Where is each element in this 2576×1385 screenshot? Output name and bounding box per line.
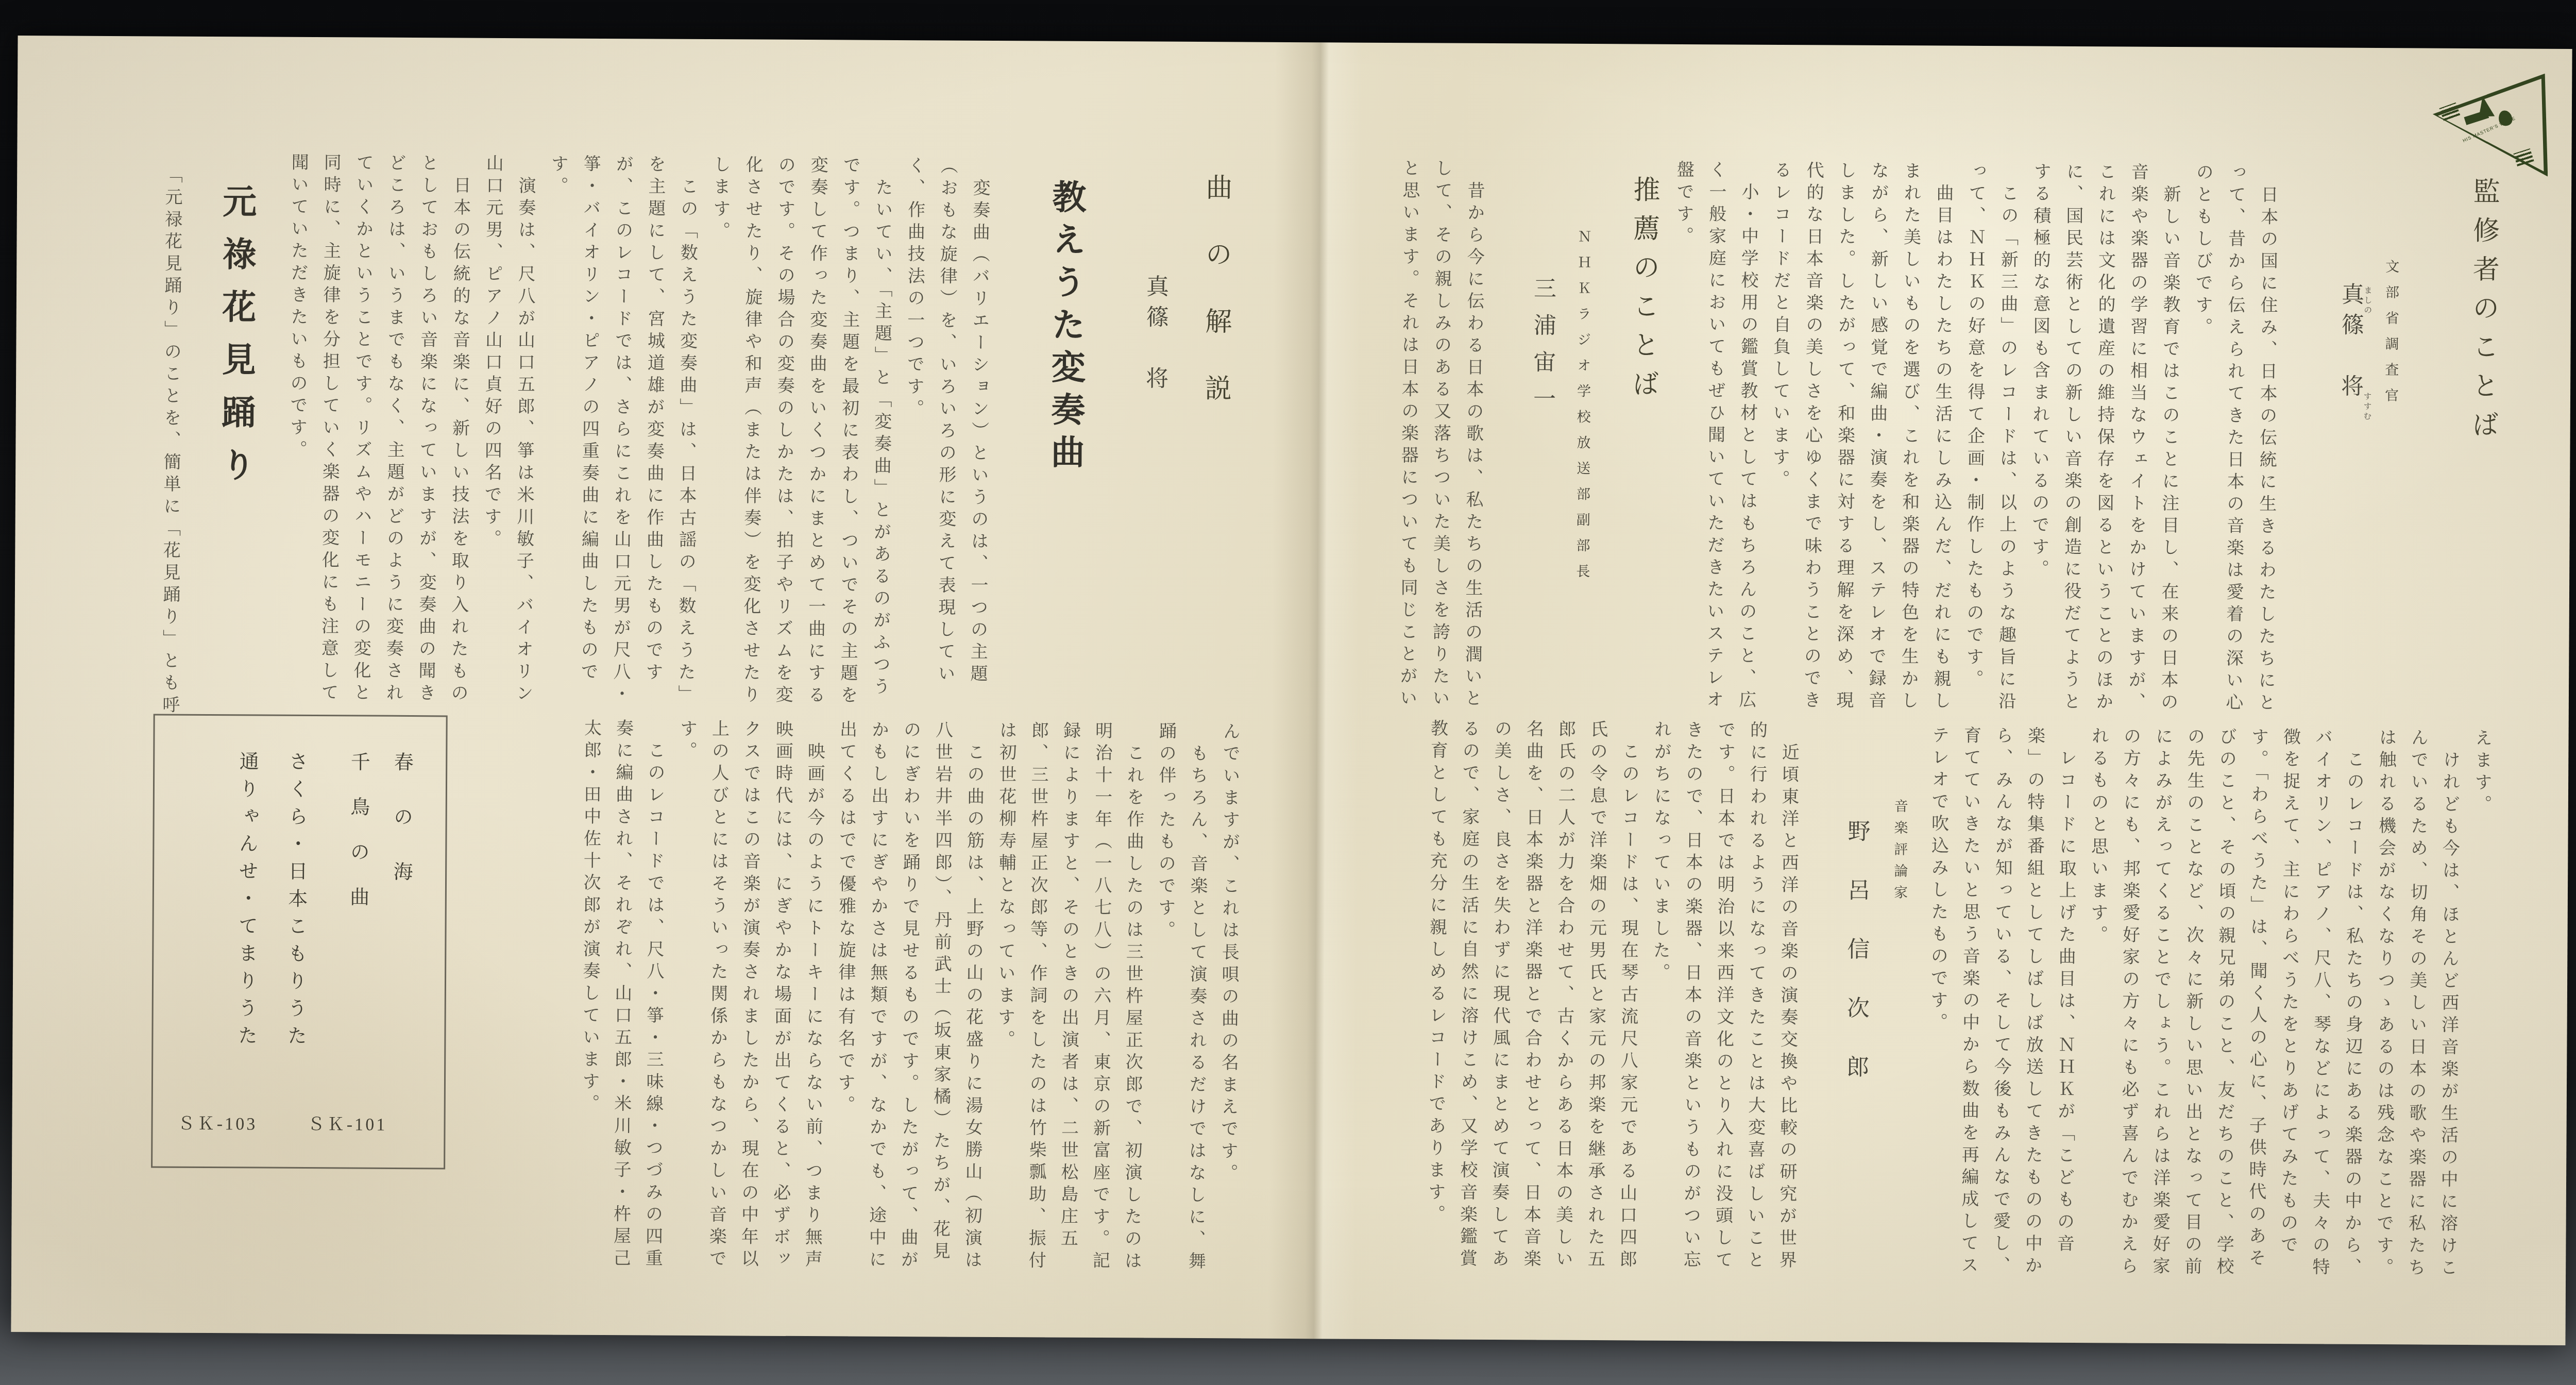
recommendation-body-second: 近頃東洋と西洋の音楽の演奏交換や比較の研究が世界的に行われるようになってきたこと… bbox=[1418, 719, 1804, 1360]
text-column: このレコードは、現在琴古流尺八家元である山口四郎 bbox=[1609, 720, 1645, 1359]
text-column: るので、家庭の生活に自然に溶けこめ、又学校音楽鑑賞 bbox=[1450, 719, 1485, 1358]
text-column: 奏に編曲され、それぞれ、山口五郎・米川敏子・杵屋己 bbox=[603, 719, 638, 1355]
text-column: きたので、日本の楽器、日本の音楽というものがつい忘 bbox=[1673, 720, 1708, 1359]
text-column: 代的な日本音楽の美しさを心ゆくまで味わうことのでき bbox=[1794, 161, 1830, 740]
text-column: かもし出すにぎやかさは無類ですが、なかでも、途中に bbox=[859, 720, 894, 1357]
text-column: を主題にして、宮城道雄が変奏曲に作曲したものです bbox=[636, 155, 672, 734]
text-column: 育てていきたいと思う音楽の中から数曲を再編成してス bbox=[1951, 726, 1986, 1362]
text-column: 箏・バイオリン・ピアノの四重奏曲に編曲したもので bbox=[571, 155, 607, 734]
text-column: クスではこの音楽が演奏されましたから、現在の中年以 bbox=[731, 719, 766, 1356]
text-column: としておもしろい音楽になっていますが、変奏曲の聞き bbox=[409, 154, 445, 733]
text-column: のです。その場合の変奏のしかたは、拍子やリズムを変 bbox=[766, 156, 802, 735]
text-column: 上の人びとにはそういった関係からもなつかしい音楽で bbox=[699, 719, 734, 1356]
commentary-author-name: 真篠 将 bbox=[1138, 274, 1172, 397]
text-column: もちろん、音楽として演奏されるだけではなしに、舞 bbox=[1178, 722, 1213, 1358]
hmv-logo: HIS MASTER'S VOICE bbox=[2432, 73, 2548, 177]
text-column: 踊の伴ったものです。 bbox=[1146, 722, 1181, 1358]
text-column: さくら・日本こもりうた bbox=[281, 751, 311, 1053]
text-column: この「数えうた変奏曲」は、日本古謡の「数えうた」 bbox=[669, 155, 704, 735]
text-column: 出てくるはでで優雅な旋律は有名です。 bbox=[827, 720, 862, 1356]
text-column: 演奏は、尺八が山口五郎、箏は米川敏子、バイオリン bbox=[506, 154, 542, 734]
recommender1-title: ＮＨＫラジオ学校放送部副部長 bbox=[1572, 229, 1594, 590]
text-column: ていくかということです。リズムやハーモニーの変化と bbox=[344, 153, 380, 733]
text-column: します。 bbox=[701, 155, 737, 735]
text-column: の方々にも、邦楽愛好家の方々にも必ず喜んでむかえら bbox=[2111, 727, 2146, 1363]
text-column: 盤です。 bbox=[1665, 160, 1700, 740]
recommender1-name: 三浦宙一 bbox=[1526, 276, 1559, 423]
text-column: 昔から今に伝わる日本の歌は、私たちの生活の潤いと bbox=[1455, 159, 1491, 739]
text-column: バイオリン、ピアノ、尺八、琴などによって、夫々の特 bbox=[2302, 728, 2337, 1364]
text-column: 的に行われるようになってきたことは大変喜ばしいこと bbox=[1737, 721, 1772, 1360]
text-column: 八世岩井半四郎）、丹前武士（坂東家橘）たちが、花見 bbox=[923, 720, 958, 1357]
text-column: 春の海 bbox=[387, 752, 416, 916]
text-column: が、このレコードでは、さらにこれを山口元男が尺八・ bbox=[604, 155, 639, 734]
text-column: れがちになっていました。 bbox=[1641, 720, 1676, 1359]
supervisor-body-text: 日本の国に住み、日本の伝統に生きるわたしたちにとって、昔から伝えられてきた日本の… bbox=[1665, 160, 2284, 743]
text-column: たいてい、「主題」と「変奏曲」とがあるのがふつう bbox=[863, 156, 899, 736]
text-column: は初世花柳寿輔となっています。 bbox=[987, 721, 1022, 1357]
text-column: です。日本では明治以来西洋文化のとり入れに没頭して bbox=[1705, 720, 1740, 1359]
text-column: 千鳥の曲 bbox=[344, 751, 373, 932]
commentary-genroku-body-lower: んでいますが、これは長唄の曲の名まえです。 もちろん、音楽として演奏されるだけで… bbox=[561, 719, 1245, 1359]
related-records-box: 春の海千鳥の曲さくら・日本こもりうた通りゃんせ・てまりうた ＳＫ-103 ＳＫ-… bbox=[151, 714, 448, 1169]
text-column: って、昔から伝えられてきた日本の音楽は愛着の深い心 bbox=[2216, 163, 2251, 742]
text-column: す。 bbox=[667, 719, 702, 1356]
text-column: 小・中学校用の鑑賞教材としてはもちろんのこと、広 bbox=[1730, 160, 1765, 740]
text-column: は触れる機会がなくなりつゝあるのは残念なことです。 bbox=[2366, 728, 2401, 1364]
text-column: す。「わらべうた」は、聞く人の心に、子供時代のあそ bbox=[2239, 728, 2274, 1364]
text-column: のともしびです。 bbox=[2183, 163, 2219, 742]
text-column: （おもな旋律）を、いろいろの形に変えて表現してい bbox=[928, 156, 964, 736]
text-column: と思います。それは日本の楽器についても同じことがい bbox=[1391, 159, 1426, 738]
commentary-genroku-body-upper: 「元禄花見踊り」のことを、簡単に「花見踊り」とも呼 bbox=[149, 152, 189, 732]
text-column: 曲目はわたしたちの生活にしみ込んだ、だれにも親し bbox=[1924, 161, 1960, 741]
text-column: のにぎわいを踊りで見せるものです。したがって、曲が bbox=[891, 720, 926, 1357]
related-record-titles: 春の海千鳥の曲さくら・日本こもりうた通りゃんせ・てまりうた bbox=[155, 715, 446, 717]
text-column: 太郎・田中佐十次郎が演奏しています。 bbox=[571, 719, 606, 1355]
text-column: 名曲を、日本楽器と洋楽器とで合わせとって、日本音楽 bbox=[1514, 719, 1549, 1358]
section-heading-supervisor: 監修者のことば bbox=[2463, 177, 2503, 449]
text-column: テレオで吹込みしたものです。 bbox=[1919, 725, 1954, 1362]
recommender2-title: 音楽評論家 bbox=[1890, 799, 1910, 906]
text-column: って、ＮＨＫの好意を得て企画・制作したものです。 bbox=[1957, 162, 1992, 741]
text-column: 映画時代には、にぎやかな場面が出てくると、必ずボッ bbox=[763, 720, 798, 1356]
text-column: く一般家庭においてもぜひ聞いていただきたいステレオ bbox=[1697, 160, 1733, 740]
text-column: 通りゃんせ・てまりうた bbox=[231, 751, 261, 1052]
text-column: の先生のことなど、次々に新しい思い出となって目の前 bbox=[2175, 727, 2210, 1363]
section-heading-commentary: 曲の解説 bbox=[1196, 173, 1236, 441]
text-column: この「新三曲」のレコードは、以上のような趣旨に沿 bbox=[1989, 162, 2024, 741]
supervisor-author-title: 文部省調査官 bbox=[2381, 259, 2402, 414]
text-column: する積極的な意図も含まれているのです。 bbox=[2021, 162, 2057, 741]
text-column: びのこと、その頃の親兄弟のこと、友だちのこと、学校 bbox=[2207, 727, 2242, 1363]
text-column: 「元禄花見踊り」のことを、簡単に「花見踊り」とも呼 bbox=[153, 152, 189, 732]
text-column: 新しい音楽教育ではこのことに注目し、在来の日本の bbox=[2151, 163, 2187, 742]
recommendation-body-lower: えます。 けれども今は、ほとんど西洋音楽が生活の中に溶けこんでいるため、切角その… bbox=[1910, 725, 2497, 1365]
catalog-number-sk103: ＳＫ-103 bbox=[177, 1109, 257, 1135]
furigana-surname: ましの bbox=[2361, 286, 2373, 316]
text-column: まれた美しいものを選び、これを和楽器の特色を生かし bbox=[1892, 161, 1927, 741]
recommender2-name: 野呂信次郎 bbox=[1839, 819, 1873, 1114]
section-heading-recommendation: 推薦のことば bbox=[1623, 175, 1663, 409]
text-column: レコードに取上げた曲目は、ＮＨＫが「こどもの音 bbox=[2047, 727, 2082, 1363]
text-column: このレコードでは、尺八・箏・三味線・つづみの四重 bbox=[635, 719, 670, 1355]
catalog-number-sk101: ＳＫ-101 bbox=[307, 1110, 387, 1136]
text-column: す。 bbox=[539, 154, 574, 734]
text-column: 氏の令息で洋楽畑の元男氏と家元の邦楽を継承された五 bbox=[1578, 720, 1613, 1359]
text-column: この曲の筋は、上野の山の花盛りに湯女勝山（初演は bbox=[955, 721, 990, 1357]
text-column: 化させたり、旋律や和声（または伴奏）を変化させたり bbox=[734, 155, 769, 735]
text-column: えます。 bbox=[2462, 729, 2497, 1365]
text-column: 徴を捉えて、主にわらべうたをとりあげてみたもので bbox=[2270, 728, 2306, 1364]
text-column: 同時に、主旋律を分担していく楽器の変化にも注意して bbox=[312, 153, 347, 733]
liner-notes-sheet: HIS MASTER'S VOICE 監修者のことば 文部省調査官 真篠 将 ま… bbox=[11, 36, 2572, 1345]
text-column: によみがえってくることでしょう。これらは洋楽愛好家 bbox=[2143, 727, 2178, 1363]
text-column: ながら、新しい感覚で編曲・演奏をし、ステレオで録音 bbox=[1859, 161, 1895, 741]
recommendation-body-upper: 昔から今に伝わる日本の歌は、私たちの生活の潤いとして、その親しみのある又落ちつい… bbox=[1391, 159, 1491, 739]
text-column: 聞いていただきたいものです。 bbox=[279, 153, 315, 733]
text-column: れるものと思います。 bbox=[2079, 727, 2114, 1363]
commentary-oshieuta-body: 変奏曲（バリエーション）というのは、一つの主題（おもな旋律）を、いろいろの形に変… bbox=[279, 153, 996, 736]
text-column: の美しさ、良さを失わずに現代風にまとめて演奏してあ bbox=[1482, 719, 1517, 1358]
text-column: ら、みんなが知っている、そして今後もみんなで愛し、 bbox=[1983, 726, 2018, 1362]
text-column: このレコードは、私たちの身辺にある楽器の中から、 bbox=[2334, 728, 2369, 1364]
text-column: 近頃東洋と西洋の音楽の演奏交換や比較の研究が世界 bbox=[1769, 721, 1804, 1360]
text-column: 楽」の特集番組としてしばしば放送してきたものの中か bbox=[2015, 726, 2050, 1362]
text-column: んでいますが、これは長唄の曲の名まえです。 bbox=[1210, 722, 1245, 1358]
text-column: 音楽や楽器の学習に相当なウェイトをかけていますが、 bbox=[2119, 162, 2154, 742]
text-column: けれども今は、ほとんど西洋音楽が生活の中に溶けこ bbox=[2430, 729, 2465, 1365]
text-column: 変奏曲（バリエーション）というのは、一つの主題 bbox=[961, 157, 996, 736]
furigana-givenname: すすむ bbox=[2361, 392, 2372, 422]
text-column: 日本の国に住み、日本の伝統に生きるわたしたちにと bbox=[2248, 163, 2284, 743]
text-column: しました。したがって、和楽器に対する理解を深め、現 bbox=[1827, 161, 1862, 740]
track-heading-oshieuta-hensokyoku: 教えうた変奏曲 bbox=[1040, 179, 1090, 477]
text-column: これを作曲したのは三世杵屋正次郎で、初演したのは bbox=[1114, 721, 1149, 1358]
text-column: 教育としても充分に親しめるレコードであります。 bbox=[1418, 719, 1453, 1358]
text-column: 録によりますと、そのときの出演者は、二世松島庄五 bbox=[1050, 721, 1086, 1358]
text-column: んでいるため、切角その美しい日本の歌や楽器に私たち bbox=[2398, 728, 2433, 1364]
text-column: これには文化的遺産の維持保存を図るということのほか bbox=[2086, 162, 2122, 742]
track-heading-genroku-hanamiodori: 元祿花見踊り bbox=[210, 183, 261, 500]
text-column: く、作曲技法の一つです。 bbox=[896, 156, 931, 736]
text-column: るレコードだと自負しています。 bbox=[1762, 161, 1798, 740]
text-column: 変奏して作った変奏曲をいくつかにまとめて一曲にする bbox=[799, 156, 834, 735]
text-column: どころは、いうまでもなく、主題がどのように変奏され bbox=[377, 154, 412, 733]
text-column: 山口元男、ピアノ山口貞好の四名です。 bbox=[474, 154, 510, 734]
text-column: 郎、三世杵屋正次郎等、作詞をしたのは竹柴瓢助、振付 bbox=[1019, 721, 1054, 1357]
text-column: 郎氏の二人が力を合わせて、古くからある日本の美しい bbox=[1546, 720, 1581, 1359]
text-column: 明治十一年（一八七八）の六月、東京の新富座です。記 bbox=[1082, 721, 1117, 1358]
text-column: に、国民芸術としての新しい音楽の創造に役だてようと bbox=[2054, 162, 2089, 742]
text-column: して、その親しみのある又落ちついた美しさを誇りたい bbox=[1423, 159, 1459, 738]
text-column: 日本の伝統的な音楽に、新しい技法を取り入れたもの bbox=[442, 154, 477, 733]
text-column: 映画が今のようにトーキーにならない前、つまり無声 bbox=[795, 720, 830, 1356]
text-column: です。つまり、主題を最初に表わし、ついでその主題を bbox=[831, 156, 867, 735]
